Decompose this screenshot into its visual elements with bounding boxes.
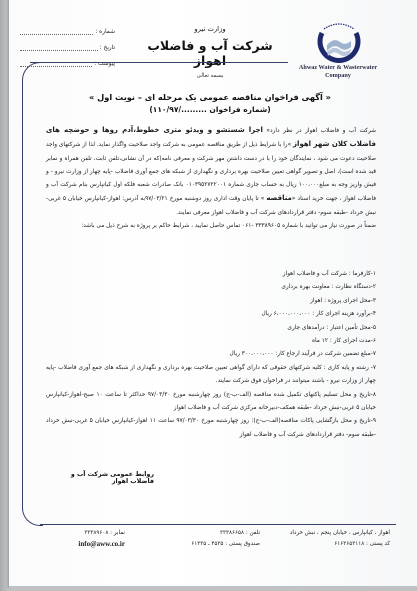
- phone: تلفن : ۳۳۳۸۶۶۵۸: [191, 528, 260, 539]
- list-item: ۹-تاریخ و محل بازگشایی پاکات مناقصه(الف-…: [46, 415, 376, 442]
- list-item: ۸-تاریخ و محل تسلیم پاکتهای تکمیل شده من…: [46, 389, 376, 416]
- conditions-list: ۱-کارفرما : شرکت آب و فاضلاب اهواز ۲-دست…: [46, 268, 376, 442]
- footer-address-block: اهواز ، کیانپارس ، خیابان پنجم ، نبش خرد…: [290, 528, 390, 550]
- email-link[interactable]: info@aww.co.ir: [78, 539, 125, 550]
- contact-paragraph: ضمناً در صورت نیاز می توانید با شماره ۳۳…: [46, 220, 376, 233]
- list-item: ۷- رشته و پایه کاری : کلیه شرکتهای حقوقی…: [46, 362, 376, 389]
- frame-bottom-line: [40, 524, 396, 525]
- number-field: شماره :: [20, 19, 115, 35]
- notice-number: (شماره فراخوان ........./۱۱۰/۹۷): [60, 105, 360, 114]
- ministry-name: وزارت نیرو: [150, 25, 270, 33]
- footer-phone-block: تلفن : ۳۳۳۸۶۶۵۸ صندوق پستی : ۴۵۳۵ ـ ۶۱۳۳…: [191, 528, 260, 550]
- company-title: شرکت آب و فاضلاب اهواز: [140, 38, 280, 68]
- list-item: ۲-دستگاه نظارت : معاونت بهره برداری: [46, 281, 376, 294]
- postal-code: کد پستی : ۶۱۶۳۶۵۳۱۱۸: [290, 539, 390, 550]
- list-item: ۷-مبلغ تضمین شرکت در فرآیند ارجاع کار: ۳…: [46, 348, 376, 361]
- frame-left-line: [22, 80, 23, 510]
- list-item: ۵-محل تأمین اعتبار : درآمدهای جاری: [46, 322, 376, 335]
- page-shadow: [9, 586, 417, 591]
- footer-fax-block: نمابر : ۳۳۳۸۹۶۰۸ info@aww.co.ir: [78, 528, 125, 550]
- list-item: ۳-محل اجرای پروژه : اهواز: [46, 295, 376, 308]
- list-item: ۶-مدت اجرای کار : ۱۲ ماه: [46, 335, 376, 348]
- date-field: تاریخ :: [20, 35, 115, 51]
- basmala: بسمه تعالی: [150, 73, 270, 79]
- notice-title: « آگهی فراخوان مناقصه عمومی یک مرحله ای …: [60, 92, 360, 102]
- po-box: صندوق پستی : ۴۵۳۵ ـ ۶۱۳۳۵: [191, 539, 260, 550]
- letter-meta-fields: شماره : تاریخ : پیوست :: [20, 19, 115, 67]
- fax: نمابر : ۳۳۳۸۹۶۰۸: [78, 528, 125, 539]
- intro-paragraph: شرکت آب و فاضلاب اهواز در نظر دارد« اجرا…: [46, 124, 376, 220]
- notice-body: شرکت آب و فاضلاب اهواز در نظر دارد« اجرا…: [46, 124, 376, 233]
- list-item: ۱-کارفرما : شرکت آب و فاضلاب اهواز: [46, 268, 376, 281]
- company-logo-icon: [314, 19, 364, 65]
- signature: روابط عمومی شرکت آب و فاضلاب اهواز: [46, 471, 376, 485]
- letterhead-footer: اهواز ، کیانپارس ، خیابان پنجم ، نبش خرد…: [40, 528, 390, 558]
- scan-edge: [0, 0, 9, 591]
- frame-top-line: [30, 62, 288, 63]
- address: اهواز ، کیانپارس ، خیابان پنجم ، نبش خرد…: [290, 528, 390, 539]
- list-item: ۴-برآورد هزینه اجرای کار : ۶،۰۰۰،۰۰۰،۰۰۰…: [46, 308, 376, 321]
- company-name-english: Ahwaz Water & Wasterwater Company: [292, 64, 384, 79]
